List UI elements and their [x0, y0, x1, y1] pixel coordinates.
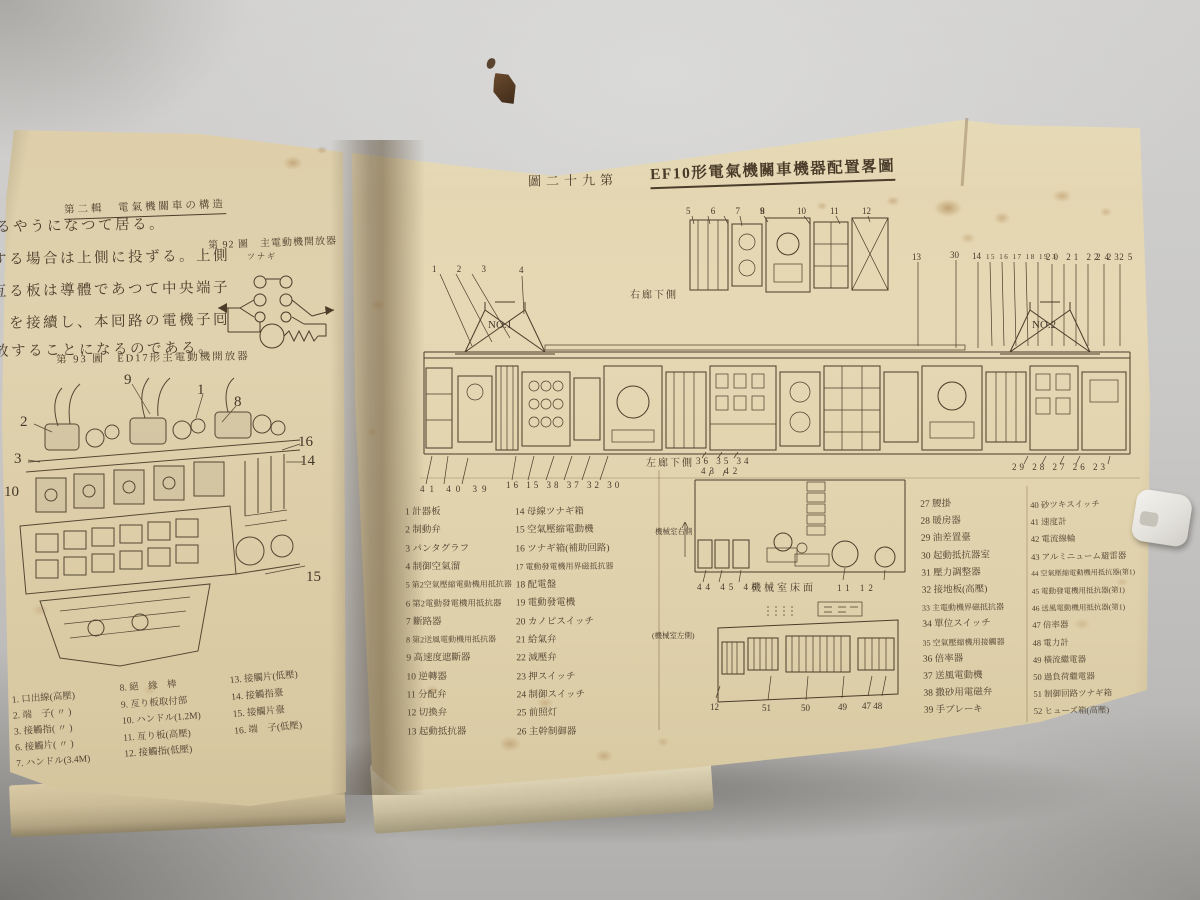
legend-item: 36 倍率器: [923, 650, 1005, 669]
legend-item: 46 送風電動機用抵抗器(第1): [1032, 598, 1136, 617]
figure-number: 圖二十九第: [528, 169, 618, 190]
fig93-legend-col1: 1. 口出線(高壓) 2. 端 子( 〃 ) 3. 接觸指( 〃 ) 6. 接觸…: [11, 688, 91, 773]
diagram-number: 1 2 3: [432, 264, 495, 274]
callout-number: 1: [197, 382, 205, 398]
machine-room-plan-lower: (機械室左側) 12 51 50 49 47 48: [650, 598, 905, 716]
legend-item: 8 第2送風電動機用抵抗器: [406, 631, 512, 650]
machine-room-floor-label: 機械室床面: [751, 581, 816, 594]
callout-number: 2: [20, 414, 28, 430]
legend-item: 41 速度計: [1030, 512, 1134, 531]
legend-item: 21 給氣弁: [516, 631, 614, 650]
legend-item: 26 主幹制御器: [517, 722, 615, 741]
legend-item: 13 起動抵抗器: [407, 722, 513, 741]
callout-number: 14: [300, 453, 316, 469]
legend-item: 15 空氣壓縮電動機: [515, 521, 613, 540]
legend-item: 22 減壓弁: [516, 649, 614, 668]
fig93-legend-col2: 8. 絕 緣 棒 9. 亙り板取付部 10. ハンドル(1.2M) 11. 亙り…: [119, 675, 203, 763]
legend-item: 42 電流線輪: [1031, 530, 1135, 549]
diagram-number: 16 15 38 37 32 30: [506, 480, 622, 490]
legend-item: 2 制動弁: [405, 521, 511, 540]
legend-item: 32 接地板(高壓): [922, 581, 1004, 600]
legend-item: 31 壓力調整器: [921, 564, 1003, 583]
legend-item: 39 手ブレーキ: [924, 702, 1006, 721]
body-text-line: ）を接續し、本囘路の電機子囘: [0, 308, 230, 333]
legend-item: 40 砂ツキスイッチ: [1030, 495, 1134, 514]
diagram-number: 14: [972, 251, 982, 261]
diagram-number: 51: [762, 703, 771, 713]
machine-room-plan-upper: 機械室右側 43 42 44 45 46 機械室床面 11 12: [655, 462, 910, 607]
legend-item: 19 電動發電機: [516, 594, 614, 613]
legend-item: 4 制御空氣溜: [405, 557, 511, 576]
legend-item: 27 腰掛: [920, 495, 1002, 514]
legend-item: 12 切換弁: [407, 704, 513, 723]
legend-item: 30 起動抵抗器室: [921, 547, 1003, 566]
plan-structure: [716, 602, 898, 702]
debris-speck: [491, 71, 518, 107]
diagram-number: 12: [862, 206, 871, 216]
diagram-number: 10: [797, 206, 807, 216]
equipment-legend-col4: 40 砂ツキスイッチ 41 速度計 42 電流線輪 43 アルミニューム避雷器 …: [1030, 495, 1138, 720]
legend-item: 10 逆轉器: [406, 667, 512, 686]
body-text-line: する場合は上側に投ずる。上側: [0, 244, 230, 269]
legend-item: 6 第2電動發電機用抵抗器: [406, 594, 512, 613]
legend-item: 29 油差置臺: [921, 530, 1003, 549]
equipment-legend-col1: 1 計器板 2 制動弁 3 パンタグラフ 4 制御空氣溜 5 第2空氣壓縮電動機…: [405, 503, 513, 742]
legend-item: 49 橫流繼電器: [1033, 650, 1137, 669]
callout-number: 16: [298, 434, 314, 450]
diagram-number: 24 25: [1096, 252, 1136, 262]
legend-item: 48 電力計: [1032, 633, 1136, 652]
circuit-lines: [218, 276, 334, 348]
diagram-number: 43 42: [701, 466, 741, 476]
pantograph-no2-label: NO.2: [1032, 319, 1056, 331]
legend-item: 20 カノピスイッチ: [516, 612, 614, 631]
diagram-number: 4: [519, 265, 524, 275]
fig93-drawing: 9 1 8 2 3 16 14 15 10: [0, 366, 335, 676]
legend-item: 51 制御回路ツナギ箱: [1033, 684, 1137, 703]
callout-number: 15: [306, 569, 321, 585]
pantograph-no1-label: NO.1: [488, 319, 512, 331]
body-text-line: るやうになつて居る。: [0, 213, 166, 237]
legend-item: 33 主電動機界磁抵抗器: [922, 599, 1004, 618]
legend-item: 43 アルミニューム避雷器: [1031, 547, 1135, 566]
legend-item: 45 電動發電機用抵抗器(第1): [1032, 581, 1136, 600]
legend-item: 25 前照灯: [517, 704, 615, 723]
legend-item: 35 空氣壓縮機用接觸器: [922, 633, 1004, 652]
legend-item: 16 ツナギ箱(補助回路): [515, 539, 613, 558]
book-photo: 第二輯 電氣機關車の構造 るやうになつて居る。 する場合は上側に投ずる。上側 亙…: [0, 0, 1200, 900]
diagram-number: 13: [912, 252, 922, 262]
legend-item: 24 制御スイッチ: [517, 686, 615, 705]
legend-item: 5 第2空氣壓縮電動機用抵抗器: [406, 576, 512, 595]
fig93-legend-col3: 13. 接觸片(低壓) 14. 接觸指臺 15. 接觸片臺 16. 端 子(低壓…: [229, 667, 303, 741]
resistor-stripes: [722, 636, 894, 674]
diagram-number: 29 28 27 26 23: [1012, 462, 1108, 472]
plan-structure: [682, 470, 905, 582]
legend-item: 38 撒砂用電磁弁: [923, 685, 1005, 704]
diagram-number: 9: [760, 206, 765, 216]
fig92-sub-label: ツナギ: [247, 251, 277, 262]
legend-item: 37 送風電動機: [923, 667, 1005, 686]
paper-clip-notch: [1139, 511, 1159, 528]
callout-number: 8: [234, 394, 242, 410]
debris-speck: [485, 57, 496, 70]
legend-item: 9 高速度遮斷器: [406, 649, 512, 668]
callout-number: 9: [124, 372, 132, 388]
machine-room-left-label: (機械室左側): [652, 630, 695, 640]
diagram-number: 11: [830, 206, 839, 216]
legend-item: 3 パンタグラフ: [405, 539, 511, 558]
callout-number: 3: [14, 451, 22, 467]
equipment-legend-col3: 27 腰掛 28 暖房器 29 油差置臺 30 起動抵抗器室 31 壓力調整器 …: [920, 495, 1006, 720]
legend-item: 34 單位スイッチ: [922, 616, 1004, 635]
diagram-number: 41 40 39: [420, 484, 492, 494]
body-text-line: 亙る板は導體であつて中央端子: [0, 276, 230, 301]
legend-item: 18 配電盤: [516, 576, 614, 595]
callout-number: 10: [4, 484, 19, 500]
legend-item: 11 分配弁: [407, 686, 513, 705]
diagram-number: 12: [710, 702, 719, 712]
legend-item: 52 ヒューズ箱(高壓): [1034, 702, 1138, 721]
legend-item: 1 計器板: [405, 503, 511, 522]
legend-item: 47 倍率器: [1032, 616, 1136, 635]
legend-item: 23 押スイッチ: [516, 667, 614, 686]
fig92-circuit-diagram: [216, 266, 336, 351]
legend-item: 17 電動發電機用界磁抵抗器: [515, 557, 613, 576]
diagram-number: 11 12: [837, 583, 877, 593]
legend-item: 28 暖房器: [920, 513, 1002, 532]
diagram-number: 30: [950, 250, 960, 260]
diagram-number: 47 48: [862, 701, 883, 711]
diagram-number: 50: [801, 703, 811, 713]
machine-room-right-label: 機械室右側: [655, 526, 693, 536]
diagram-number: 49: [838, 702, 848, 712]
locomotive-layout-diagram: 1 2 3 4 5 6 7 8 9 10 11 12 13 30 14 15 1…: [412, 196, 1142, 496]
machine-sketch: [20, 378, 305, 666]
legend-item: 14 母線ツナギ箱: [515, 503, 613, 522]
fold-crease-right: [1026, 486, 1028, 722]
equipment-legend-col2: 14 母線ツナギ箱 15 空氣壓縮電動機 16 ツナギ箱(補助回路) 17 電動…: [515, 503, 615, 742]
legend-item: 44 空氣壓縮電動機用抵抗器(第1): [1031, 564, 1135, 583]
corridor-label-right: 右廊下側: [630, 288, 678, 301]
legend-item: 50 過負荷繼電器: [1033, 667, 1137, 686]
legend-item: 7 斷路器: [406, 612, 512, 631]
